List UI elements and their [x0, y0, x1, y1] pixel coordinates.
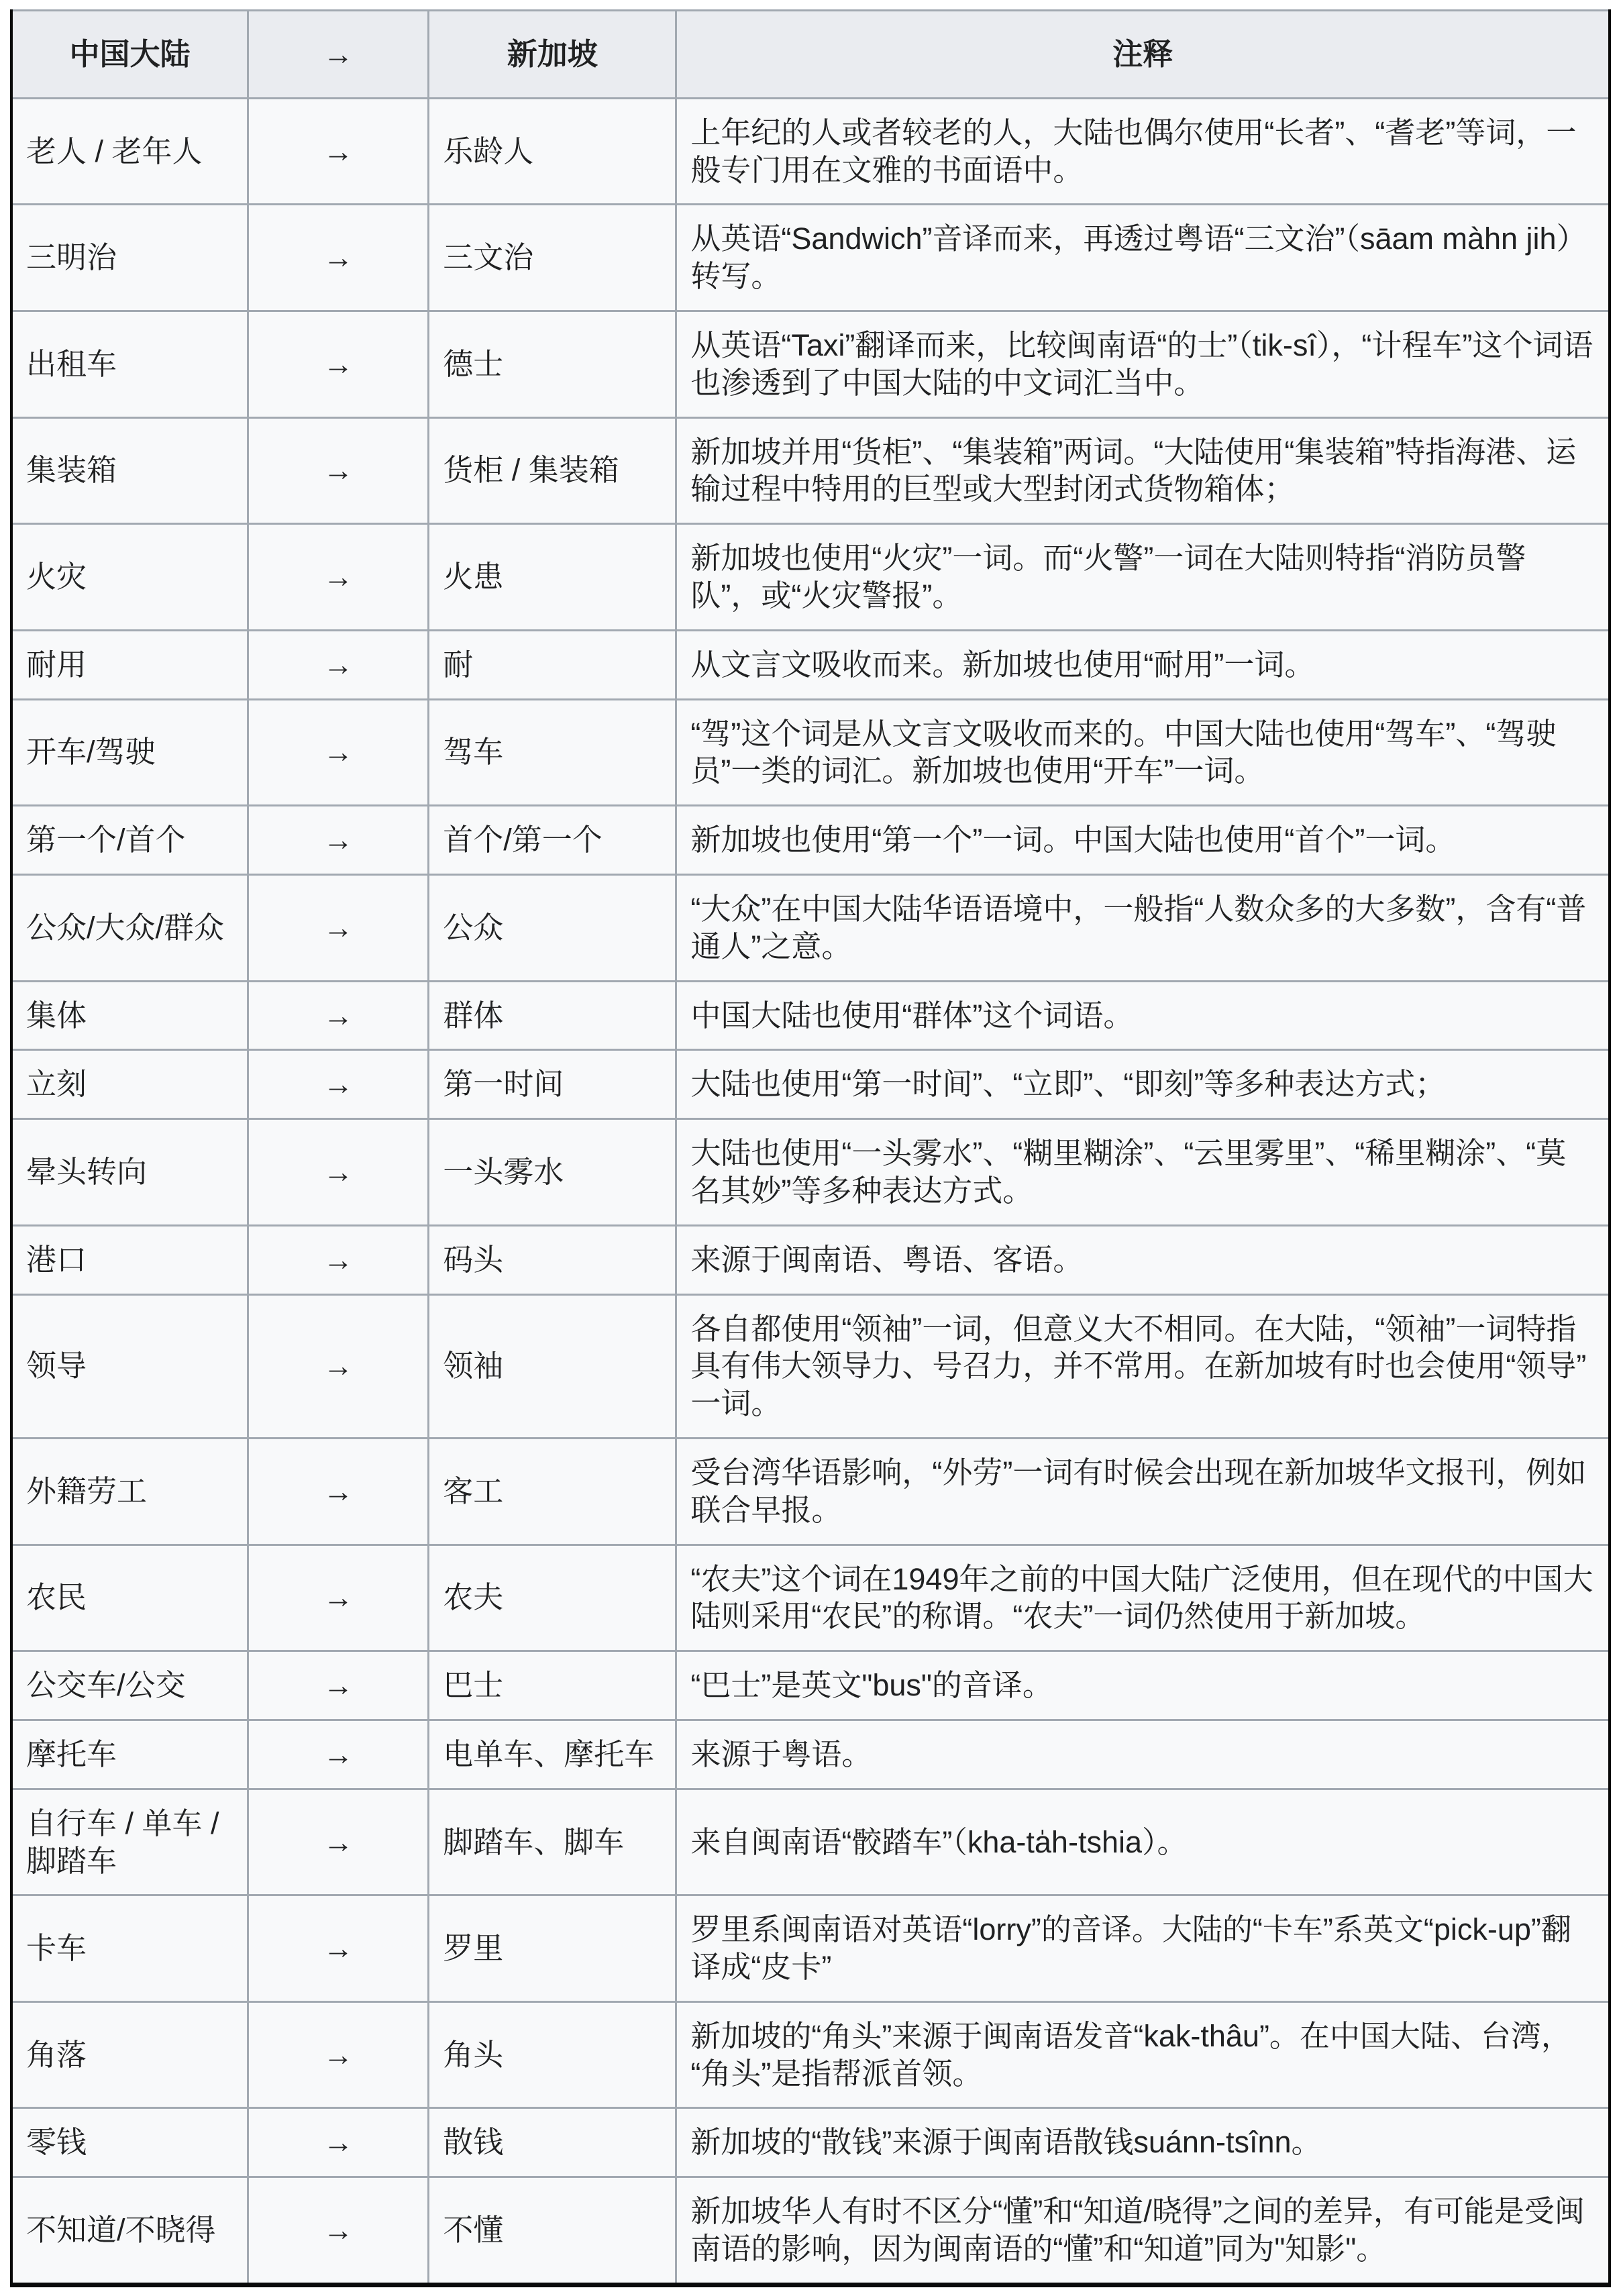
note-text: “驾”这个词是从文言文吸收而来的。中国大陆也使用“驾车”、“驾驶员”一类的词汇。…: [676, 699, 1610, 806]
singapore-term: 散钱: [429, 2108, 676, 2177]
note-text: 新加坡也使用“第一个”一词。中国大陆也使用“首个”一词。: [676, 806, 1610, 875]
arrow-glyph: →: [248, 1438, 429, 1545]
arrow-glyph: →: [248, 806, 429, 875]
note-text: 新加坡也使用“火灾”一词。而“火警”一词在大陆则特指“消防员警队”，或“火灾警报…: [676, 524, 1610, 631]
singapore-term: 农夫: [429, 1545, 676, 1651]
singapore-term: 首个/第一个: [429, 806, 676, 875]
table-row: 公众/大众/群众 → 公众 “大众”在中国大陆华语语境中，一般指“人数众多的大多…: [11, 874, 1610, 981]
arrow-glyph: →: [248, 2108, 429, 2177]
arrow-glyph: →: [248, 1050, 429, 1119]
note-text: 中国大陆也使用“群体”这个词语。: [676, 981, 1610, 1050]
vocabulary-comparison-table: 中国大陆 → 新加坡 注释 老人 / 老年人 → 乐龄人 上年纪的人或者较老的人…: [10, 9, 1611, 2287]
singapore-term: 三文治: [429, 205, 676, 311]
mainland-term: 三明治: [11, 205, 248, 311]
arrow-glyph: →: [248, 1789, 429, 1895]
singapore-term: 角头: [429, 2001, 676, 2108]
arrow-glyph: →: [248, 205, 429, 311]
table-row: 卡车 → 罗里 罗里系闽南语对英语“lorry”的音译。大陆的“卡车”系英文“p…: [11, 1895, 1610, 2002]
mainland-term: 摩托车: [11, 1720, 248, 1789]
singapore-term: 电单车、摩托车: [429, 1720, 676, 1789]
note-text: 从英语“Taxi”翻译而来，比较闽南语“的士”（tik-sî），“计程车”这个词…: [676, 311, 1610, 417]
singapore-term: 不懂: [429, 2177, 676, 2285]
note-text: 新加坡的“散钱”来源于闽南语散钱suánn-tsînn。: [676, 2108, 1610, 2177]
mainland-term: 领导: [11, 1294, 248, 1438]
mainland-term: 农民: [11, 1545, 248, 1651]
note-text: 从文言文吸收而来。新加坡也使用“耐用”一词。: [676, 630, 1610, 699]
mainland-term: 卡车: [11, 1895, 248, 2002]
header-mainland-china: 中国大陆: [11, 11, 248, 99]
singapore-term: 罗里: [429, 1895, 676, 2002]
singapore-term: 领袖: [429, 1294, 676, 1438]
mainland-term: 公众/大众/群众: [11, 874, 248, 981]
arrow-glyph: →: [248, 417, 429, 524]
singapore-term: 巴士: [429, 1651, 676, 1720]
table-row: 出租车 → 德士 从英语“Taxi”翻译而来，比较闽南语“的士”（tik-sî）…: [11, 311, 1610, 417]
table-row: 不知道/不晓得 → 不懂 新加坡华人有时不区分“懂”和“知道/晓得”之间的差异，…: [11, 2177, 1610, 2285]
table-row: 角落 → 角头 新加坡的“角头”来源于闽南语发音“kak-thâu”。在中国大陆…: [11, 2001, 1610, 2108]
table-row: 零钱 → 散钱 新加坡的“散钱”来源于闽南语散钱suánn-tsînn。: [11, 2108, 1610, 2177]
arrow-glyph: →: [248, 2177, 429, 2285]
mainland-term: 立刻: [11, 1050, 248, 1119]
arrow-glyph: →: [248, 524, 429, 631]
table-row: 老人 / 老年人 → 乐龄人 上年纪的人或者较老的人，大陆也偶尔使用“长者”、“…: [11, 98, 1610, 205]
table-row: 三明治 → 三文治 从英语“Sandwich”音译而来，再透过粤语“三文治”（s…: [11, 205, 1610, 311]
page: 中国大陆 → 新加坡 注释 老人 / 老年人 → 乐龄人 上年纪的人或者较老的人…: [0, 0, 1621, 2296]
arrow-glyph: →: [248, 311, 429, 417]
mainland-term: 老人 / 老年人: [11, 98, 248, 205]
singapore-term: 火患: [429, 524, 676, 631]
header-notes: 注释: [676, 11, 1610, 99]
header-singapore: 新加坡: [429, 11, 676, 99]
mainland-term: 耐用: [11, 630, 248, 699]
table-row: 第一个/首个 → 首个/第一个 新加坡也使用“第一个”一词。中国大陆也使用“首个…: [11, 806, 1610, 875]
mainland-term: 晕头转向: [11, 1119, 248, 1226]
table-row: 自行车 / 单车 / 脚踏车 → 脚踏车、脚车 来自闽南语“骹踏车”（kha-t…: [11, 1789, 1610, 1895]
mainland-term: 集装箱: [11, 417, 248, 524]
table-row: 公交车/公交 → 巴士 “巴士”是英文"bus"的音译。: [11, 1651, 1610, 1720]
arrow-glyph: →: [248, 1545, 429, 1651]
mainland-term: 外籍劳工: [11, 1438, 248, 1545]
note-text: 新加坡华人有时不区分“懂”和“知道/晓得”之间的差异，有可能是受闽南语的影响，因…: [676, 2177, 1610, 2285]
table-row: 外籍劳工 → 客工 受台湾华语影响，“外劳”一词有时候会出现在新加坡华文报刊，例…: [11, 1438, 1610, 1545]
table-row: 集体 → 群体 中国大陆也使用“群体”这个词语。: [11, 981, 1610, 1050]
arrow-glyph: →: [248, 1225, 429, 1294]
table-body: 老人 / 老年人 → 乐龄人 上年纪的人或者较老的人，大陆也偶尔使用“长者”、“…: [11, 98, 1610, 2285]
note-text: “大众”在中国大陆华语语境中，一般指“人数众多的大多数”，含有“普通人”之意。: [676, 874, 1610, 981]
note-text: 各自都使用“领袖”一词，但意义大不相同。在大陆，“领袖”一词特指具有伟大领导力、…: [676, 1294, 1610, 1438]
table-row: 火灾 → 火患 新加坡也使用“火灾”一词。而“火警”一词在大陆则特指“消防员警队…: [11, 524, 1610, 631]
singapore-term: 驾车: [429, 699, 676, 806]
singapore-term: 货柜 / 集装箱: [429, 417, 676, 524]
mainland-term: 不知道/不晓得: [11, 2177, 248, 2285]
table-row: 晕头转向 → 一头雾水 大陆也使用“一头雾水”、“糊里糊涂”、“云里雾里”、“稀…: [11, 1119, 1610, 1226]
header-arrow: →: [248, 11, 429, 99]
note-text: 新加坡的“角头”来源于闽南语发音“kak-thâu”。在中国大陆、台湾，“角头”…: [676, 2001, 1610, 2108]
note-text: 罗里系闽南语对英语“lorry”的音译。大陆的“卡车”系英文“pick-up”翻…: [676, 1895, 1610, 2002]
arrow-glyph: →: [248, 1119, 429, 1226]
singapore-term: 公众: [429, 874, 676, 981]
arrow-glyph: →: [248, 699, 429, 806]
mainland-term: 出租车: [11, 311, 248, 417]
arrow-glyph: →: [248, 630, 429, 699]
note-text: 来源于闽南语、粤语、客语。: [676, 1225, 1610, 1294]
note-text: 大陆也使用“第一时间”、“立即”、“即刻”等多种表达方式；: [676, 1050, 1610, 1119]
arrow-glyph: →: [248, 98, 429, 205]
table-row: 耐用 → 耐 从文言文吸收而来。新加坡也使用“耐用”一词。: [11, 630, 1610, 699]
singapore-term: 群体: [429, 981, 676, 1050]
mainland-term: 自行车 / 单车 / 脚踏车: [11, 1789, 248, 1895]
note-text: 大陆也使用“一头雾水”、“糊里糊涂”、“云里雾里”、“稀里糊涂”、“莫名其妙”等…: [676, 1119, 1610, 1226]
singapore-term: 客工: [429, 1438, 676, 1545]
note-text: 来自闽南语“骹踏车”（kha-ta̍h-tshia）。: [676, 1789, 1610, 1895]
singapore-term: 耐: [429, 630, 676, 699]
mainland-term: 角落: [11, 2001, 248, 2108]
note-text: “农夫”这个词在1949年之前的中国大陆广泛使用，但在现代的中国大陆则采用“农民…: [676, 1545, 1610, 1651]
singapore-term: 第一时间: [429, 1050, 676, 1119]
note-text: 新加坡并用“货柜”、“集装箱”两词。“大陆使用“集装箱”特指海港、运输过程中特用…: [676, 417, 1610, 524]
note-text: 上年纪的人或者较老的人，大陆也偶尔使用“长者”、“耆老”等词，一般专门用在文雅的…: [676, 98, 1610, 205]
arrow-glyph: →: [248, 981, 429, 1050]
mainland-term: 港口: [11, 1225, 248, 1294]
note-text: “巴士”是英文"bus"的音译。: [676, 1651, 1610, 1720]
mainland-term: 公交车/公交: [11, 1651, 248, 1720]
table-row: 集装箱 → 货柜 / 集装箱 新加坡并用“货柜”、“集装箱”两词。“大陆使用“集…: [11, 417, 1610, 524]
singapore-term: 乐龄人: [429, 98, 676, 205]
singapore-term: 一头雾水: [429, 1119, 676, 1226]
mainland-term: 零钱: [11, 2108, 248, 2177]
singapore-term: 德士: [429, 311, 676, 417]
table-row: 立刻 → 第一时间 大陆也使用“第一时间”、“立即”、“即刻”等多种表达方式；: [11, 1050, 1610, 1119]
arrow-glyph: →: [248, 874, 429, 981]
arrow-glyph: →: [248, 1895, 429, 2002]
table-row: 农民 → 农夫 “农夫”这个词在1949年之前的中国大陆广泛使用，但在现代的中国…: [11, 1545, 1610, 1651]
arrow-glyph: →: [248, 1720, 429, 1789]
singapore-term: 码头: [429, 1225, 676, 1294]
arrow-glyph: →: [248, 1294, 429, 1438]
mainland-term: 开车/驾驶: [11, 699, 248, 806]
mainland-term: 火灾: [11, 524, 248, 631]
arrow-glyph: →: [248, 2001, 429, 2108]
table-row: 领导 → 领袖 各自都使用“领袖”一词，但意义大不相同。在大陆，“领袖”一词特指…: [11, 1294, 1610, 1438]
singapore-term: 脚踏车、脚车: [429, 1789, 676, 1895]
table-row: 开车/驾驶 → 驾车 “驾”这个词是从文言文吸收而来的。中国大陆也使用“驾车”、…: [11, 699, 1610, 806]
note-text: 来源于粤语。: [676, 1720, 1610, 1789]
arrow-glyph: →: [248, 1651, 429, 1720]
table-row: 摩托车 → 电单车、摩托车 来源于粤语。: [11, 1720, 1610, 1789]
mainland-term: 第一个/首个: [11, 806, 248, 875]
note-text: 受台湾华语影响，“外劳”一词有时候会出现在新加坡华文报刊，例如联合早报。: [676, 1438, 1610, 1545]
mainland-term: 集体: [11, 981, 248, 1050]
table-row: 港口 → 码头 来源于闽南语、粤语、客语。: [11, 1225, 1610, 1294]
note-text: 从英语“Sandwich”音译而来，再透过粤语“三文治”（sāam màhn j…: [676, 205, 1610, 311]
header-row: 中国大陆 → 新加坡 注释: [11, 11, 1610, 99]
